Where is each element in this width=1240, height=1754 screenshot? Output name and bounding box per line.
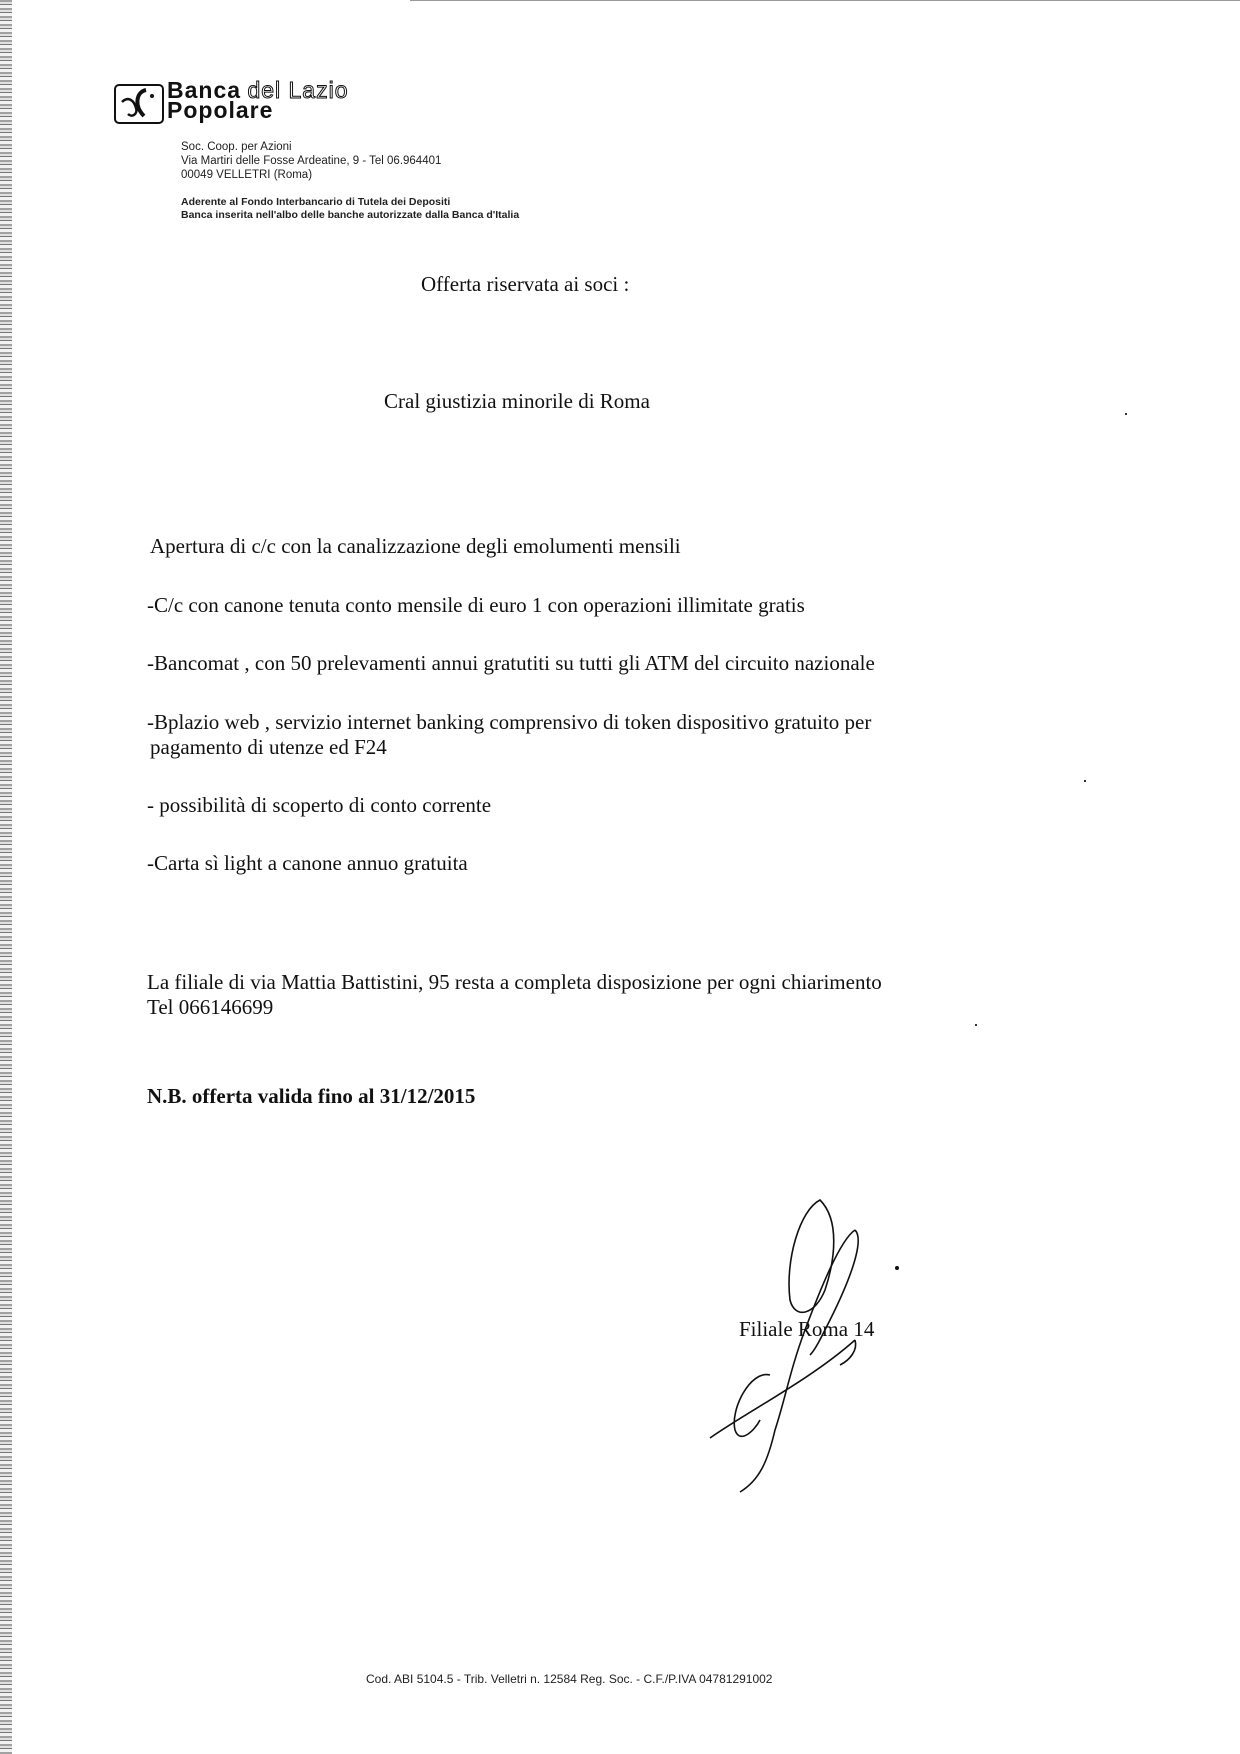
offer-item: -Bplazio web , servizio internet banking… [147,710,871,735]
validity-note: N.B. offerta valida fino al 31/12/2015 [147,1084,475,1109]
offer-item-continuation: pagamento di utenze ed F24 [150,735,387,760]
membership-note-1: Aderente al Fondo Interbancario di Tutel… [181,196,450,209]
bank-city: 00049 VELLETRI (Roma) [181,168,312,182]
recipient: Cral giustizia minorile di Roma [384,389,650,414]
scan-edge-artifact [0,0,12,1754]
scan-speck [975,1024,977,1026]
banca-lazio-logo-icon [114,84,164,124]
legal-footer: Cod. ABI 5104.5 - Trib. Velletri n. 1258… [366,1672,772,1686]
offer-heading: Offerta riservata ai soci : [421,272,629,297]
offer-item: -Carta sì light a canone annuo gratuita [147,851,468,876]
bank-address: Via Martiri delle Fosse Ardeatine, 9 - T… [181,154,441,168]
scan-speck [1084,780,1086,782]
contact-phone: Tel 066146699 [147,995,273,1020]
scan-speck [1125,413,1127,415]
offer-item: -Bancomat , con 50 prelevamenti annui gr… [147,651,875,676]
membership-note-2: Banca inserita nell'albo delle banche au… [181,209,519,222]
contact-line: La filiale di via Mattia Battistini, 95 … [147,970,882,995]
company-type: Soc. Coop. per Azioni [181,140,292,154]
handwritten-signature [690,1180,950,1500]
bank-name-line2: Popolare [167,100,349,120]
bank-name: Banca del Lazio Popolare [167,80,349,120]
offer-intro: Apertura di c/c con la canalizzazione de… [150,534,681,559]
scan-top-line [410,0,1240,1]
offer-item: - possibilità di scoperto di conto corre… [147,793,491,818]
offer-item: -C/c con canone tenuta conto mensile di … [147,593,805,618]
